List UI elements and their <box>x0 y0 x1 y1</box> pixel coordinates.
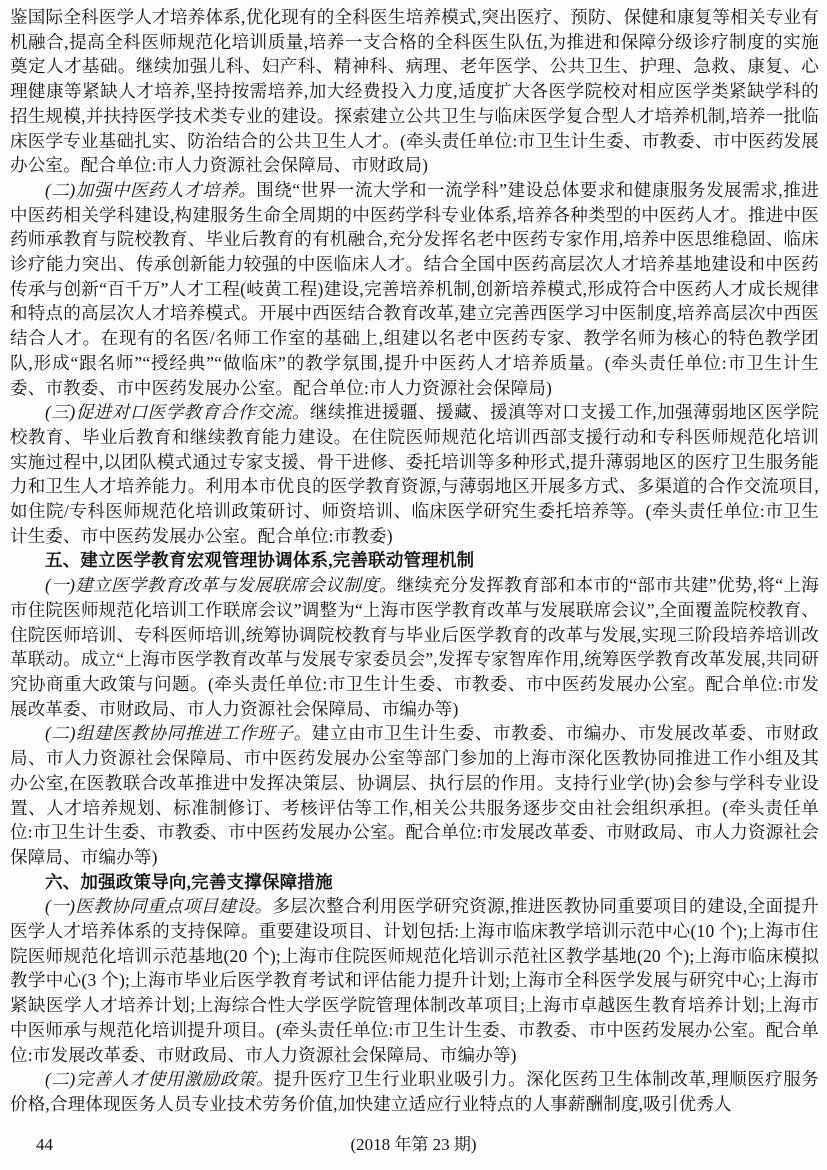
paragraph-lead-text: (三)促进对口医学教育合作交流。 <box>45 402 310 422</box>
paragraph-text: 围绕“世界一流大学和一流学科”建设总体要求和健康服务发展需求,推进中医药相关学科… <box>10 180 819 398</box>
paragraph: 鉴国际全科医学人才培养体系,优化现有的全科医生培养模式,突出医疗、预防、保健和康… <box>10 5 819 178</box>
section-heading: 五、建立医学教育宏观管理协调体系,完善联动管理机制 <box>10 548 819 573</box>
paragraph-text: 建立由市卫生计生委、市教委、市编办、市发展改革委、市财政局、市人力资源社会保障局… <box>10 723 819 867</box>
paragraph: (二)完善人才使用激励政策。提升医疗卫生行业职业吸引力。深化医药卫生体制改革,理… <box>10 1067 819 1116</box>
paragraph-text: 鉴国际全科医学人才培养体系,优化现有的全科医生培养模式,突出医疗、预防、保健和康… <box>10 7 819 175</box>
paragraph-text: 六、加强政策导向,完善支撑保障措施 <box>45 872 333 892</box>
paragraph: (二)加强中医药人才培养。围绕“世界一流大学和一流学科”建设总体要求和健康服务发… <box>10 178 819 400</box>
paragraph: (二)组建医教协同推进工作班子。建立由市卫生计生委、市教委、市编办、市发展改革委… <box>10 721 819 869</box>
paragraph: (一)建立医学教育改革与发展联席会议制度。继续充分发挥教育部和本市的“部市共建”… <box>10 573 819 721</box>
page-number: 44 <box>36 1132 53 1158</box>
paragraph-lead-text: (二)组建医教协同推进工作班子。 <box>45 723 312 743</box>
page-footer: 44 (2018 年第 23 期) <box>0 1132 827 1158</box>
paragraph-text: 继续推进援疆、援藏、援滇等对口支援工作,加强薄弱地区医学院校教育、毕业后教育和继… <box>10 402 819 546</box>
paragraph-text: 五、建立医学教育宏观管理协调体系,完善联动管理机制 <box>45 550 474 570</box>
paragraph-lead-text: (二)完善人才使用激励政策。 <box>45 1069 274 1089</box>
paragraph-text: 继续充分发挥教育部和本市的“部市共建”优势,将“上海市住院医师规范化培训工作联席… <box>10 575 819 719</box>
issue-label: (2018 年第 23 期) <box>0 1132 827 1158</box>
section-heading: 六、加强政策导向,完善支撑保障措施 <box>10 870 819 895</box>
document-body: 鉴国际全科医学人才培养体系,优化现有的全科医生培养模式,突出医疗、预防、保健和康… <box>10 5 819 1117</box>
paragraph: (一)医教协同重点项目建设。多层次整合利用医学研究资源,推进医教协同重要项目的建… <box>10 894 819 1067</box>
paragraph-text: 多层次整合利用医学研究资源,推进医教协同重要项目的建设,全面提升医学人才培养体系… <box>10 896 819 1064</box>
paragraph-lead-text: (一)医教协同重点项目建设。 <box>45 896 272 916</box>
paragraph-lead-text: (二)加强中医药人才培养。 <box>45 180 256 200</box>
document-page: 鉴国际全科医学人才培养体系,优化现有的全科医生培养模式,突出医疗、预防、保健和康… <box>0 0 827 1170</box>
paragraph-lead-text: (一)建立医学教育改革与发展联席会议制度。 <box>45 575 397 595</box>
paragraph: (三)促进对口医学教育合作交流。继续推进援疆、援藏、援滇等对口支援工作,加强薄弱… <box>10 400 819 548</box>
